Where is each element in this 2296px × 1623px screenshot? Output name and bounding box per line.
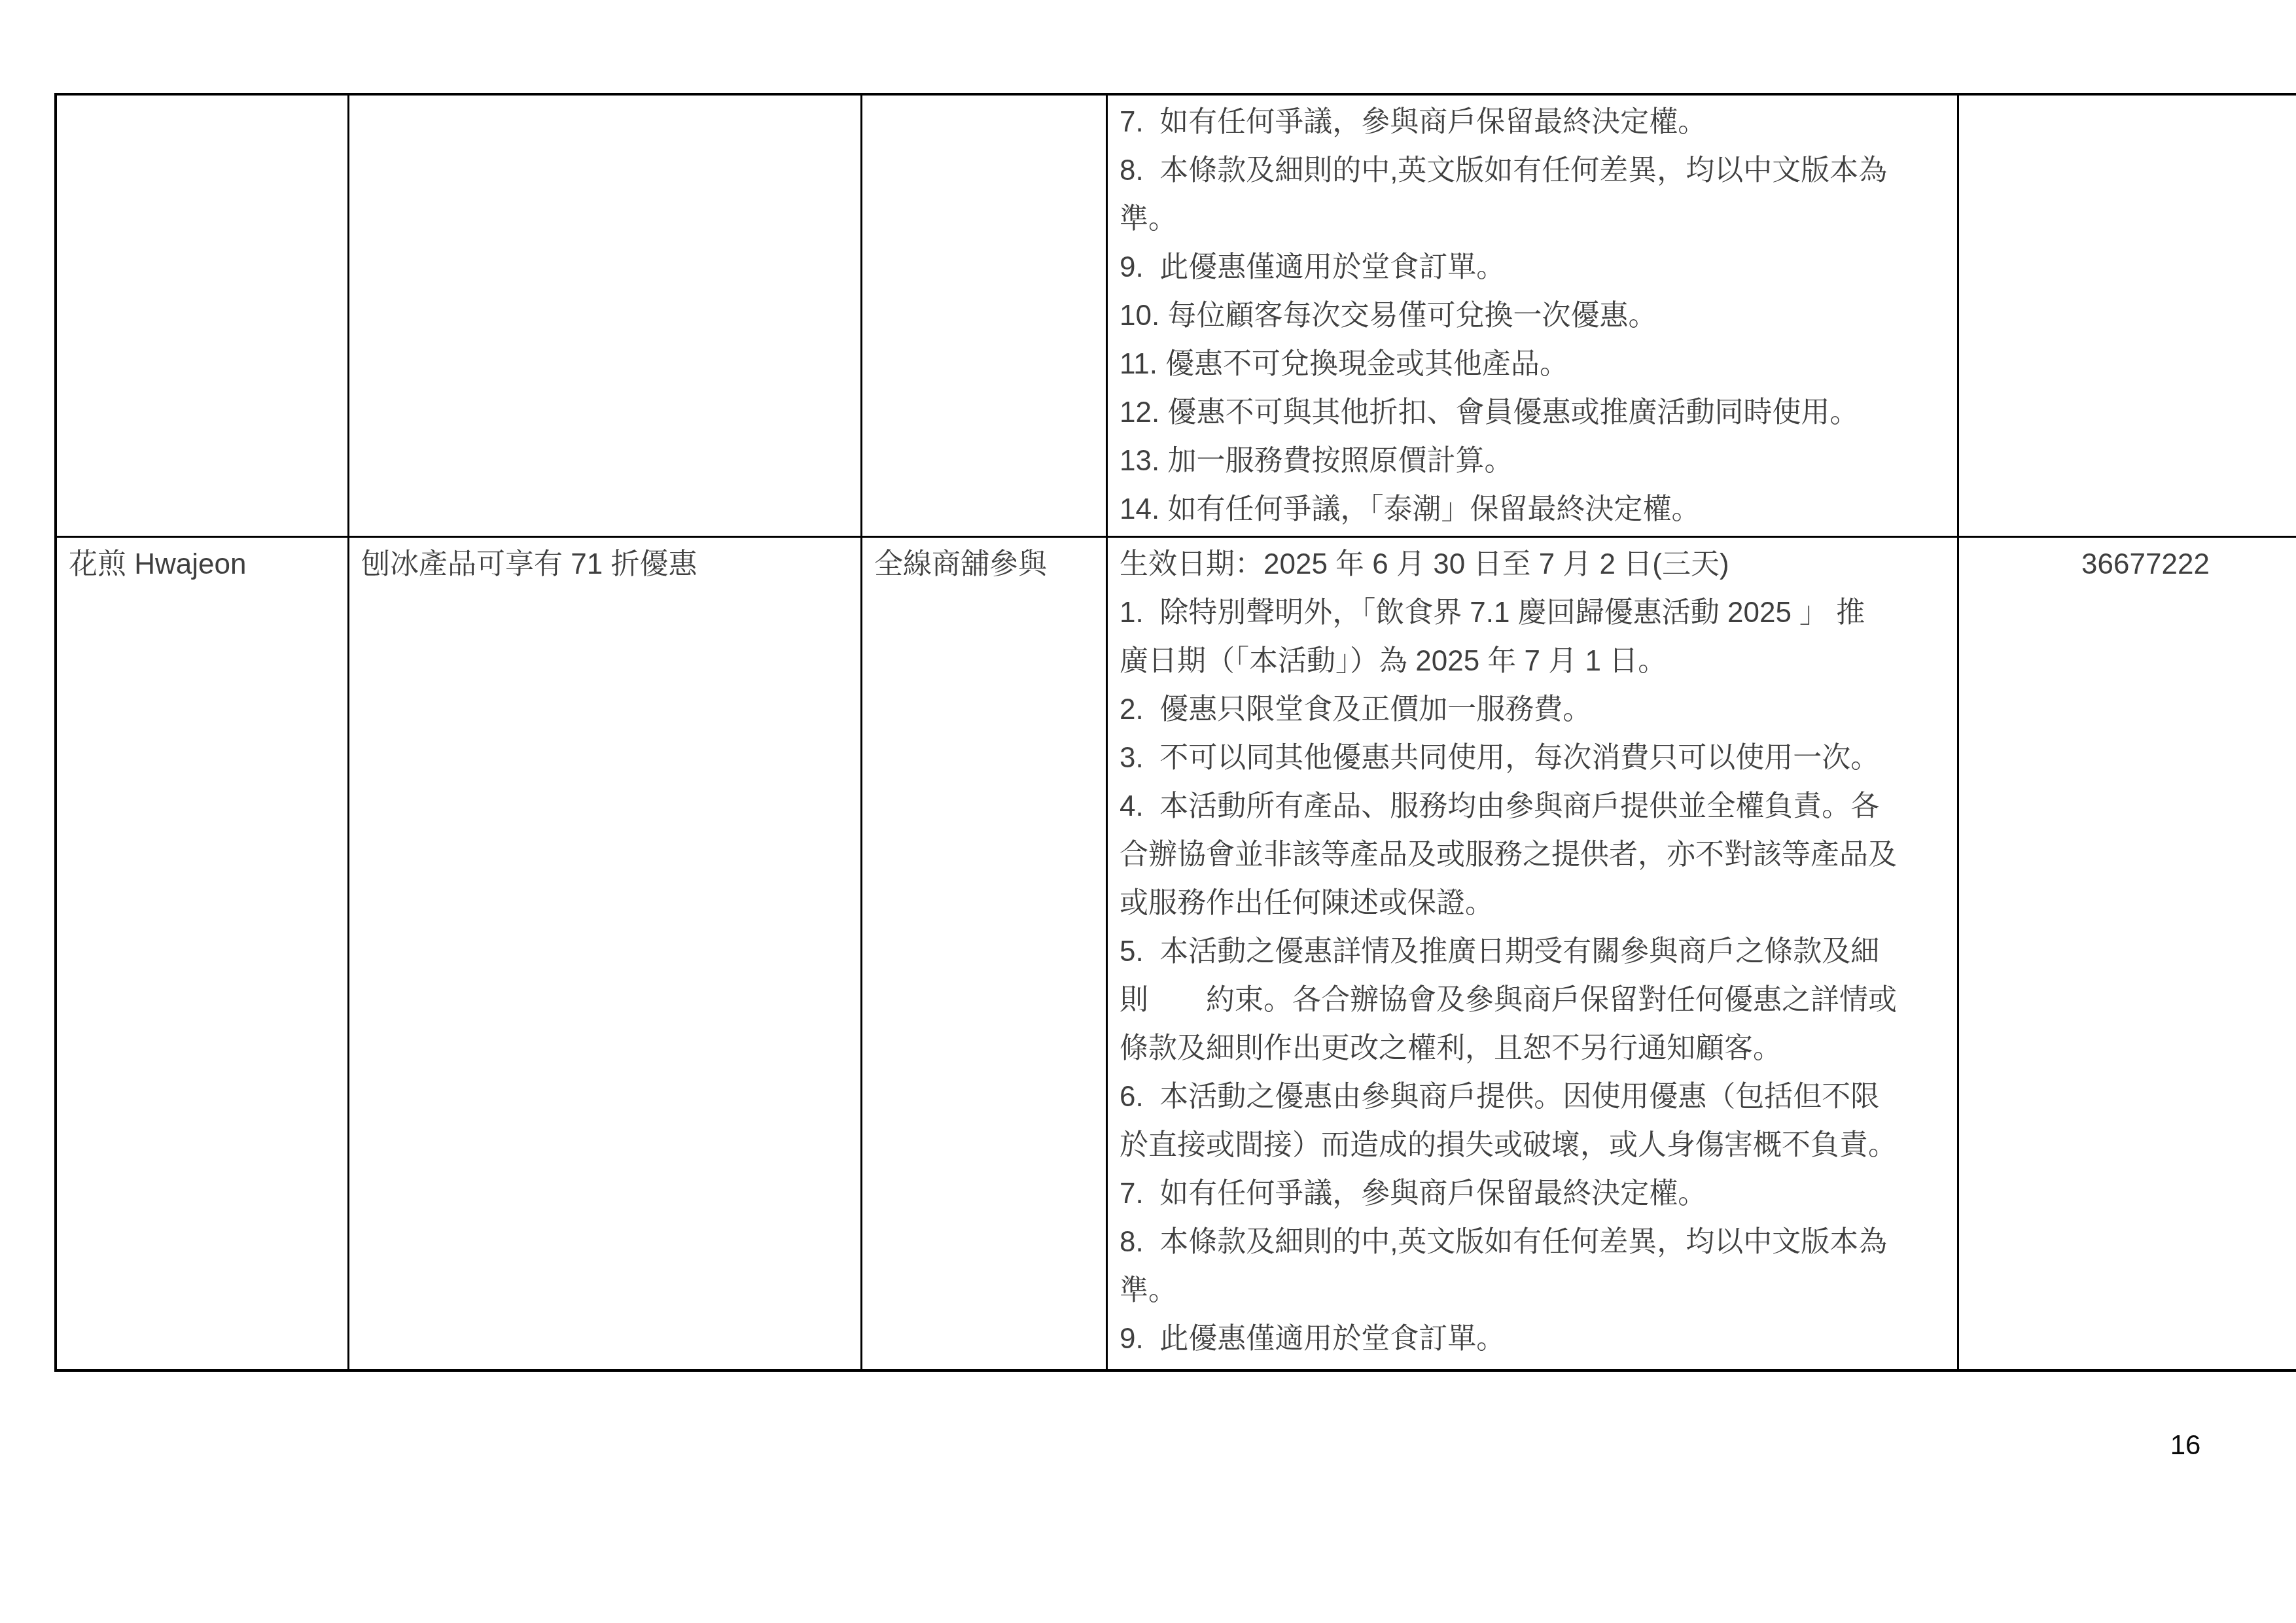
participation-cell [862, 94, 1107, 536]
terms-line: 12. 優惠不可與其他折扣、會員優惠或推廣活動同時使用。 [1120, 389, 1949, 437]
terms-line: 4. 本活動所有產品、服務均由參與商戶提供並全權負責。各 [1120, 782, 1949, 831]
phone-cell: 36677222 [1958, 536, 2296, 1370]
terms-line: 於直接或間接）而造成的損失或破壞，或人身傷害概不負責。 [1120, 1121, 1949, 1170]
terms-line: 14. 如有任何爭議，「泰潮」保留最終決定權。 [1120, 485, 1949, 534]
terms-line: 8. 本條款及細則的中,英文版如有任何差異，均以中文版本為 [1120, 147, 1949, 195]
terms-line: 6. 本活動之優惠由參與商戶提供。因使用優惠（包括但不限 [1120, 1073, 1949, 1121]
terms-line: 生效日期：2025 年 6 月 30 日至 7 月 2 日(三天) [1120, 540, 1949, 589]
phone-cell [1958, 94, 2296, 536]
merchant-cell [56, 94, 349, 536]
terms-cell: 生效日期：2025 年 6 月 30 日至 7 月 2 日(三天)1. 除特別聲… [1107, 536, 1958, 1370]
terms-line: 7. 如有任何爭議，參與商戶保留最終決定權。 [1120, 1170, 1949, 1218]
terms-line: 5. 本活動之優惠詳情及推廣日期受有關參與商戶之條款及細 [1120, 928, 1949, 976]
terms-line: 廣日期（「本活動」）為 2025 年 7 月 1 日。 [1120, 637, 1949, 686]
terms-line: 11. 優惠不可兌換現金或其他產品。 [1120, 340, 1949, 389]
offer-cell [349, 94, 862, 536]
terms-line: 合辦協會並非該等產品及或服務之提供者，亦不對該等產品及 [1120, 831, 1949, 879]
table-row: 7. 如有任何爭議，參與商戶保留最終決定權。8. 本條款及細則的中,英文版如有任… [56, 94, 2296, 536]
page-number: 16 [2146, 1421, 2225, 1469]
terms-line: 或服務作出任何陳述或保證。 [1120, 879, 1949, 928]
merchant-cell: 花煎 Hwajeon [56, 536, 349, 1370]
terms-line: 8. 本條款及細則的中,英文版如有任何差異，均以中文版本為 [1120, 1218, 1949, 1266]
participation-cell: 全線商舖參與 [862, 536, 1107, 1370]
terms-line: 9. 此優惠僅適用於堂食訂單。 [1120, 243, 1949, 292]
terms-line: 7. 如有任何爭議，參與商戶保留最終決定權。 [1120, 98, 1949, 147]
table-row: 花煎 Hwajeon 刨冰產品可享有 71 折優惠 全線商舖參與 生效日期：20… [56, 536, 2296, 1370]
terms-line: 條款及細則作出更改之權利，且恕不另行通知顧客。 [1120, 1024, 1949, 1073]
terms-cell: 7. 如有任何爭議，參與商戶保留最終決定權。8. 本條款及細則的中,英文版如有任… [1107, 94, 1958, 536]
terms-line: 準。 [1120, 195, 1949, 243]
terms-line: 1. 除特別聲明外，「飲食界 7.1 慶回歸優惠活動 2025 」 推 [1120, 589, 1949, 637]
offers-table: 7. 如有任何爭議，參與商戶保留最終決定權。8. 本條款及細則的中,英文版如有任… [54, 93, 2296, 1372]
terms-line: 2. 優惠只限堂食及正價加一服務費。 [1120, 686, 1949, 734]
terms-line: 10. 每位顧客每次交易僅可兌換一次優惠。 [1120, 292, 1949, 340]
terms-line: 則 約束。各合辦協會及參與商戶保留對任何優惠之詳情或 [1120, 976, 1949, 1024]
terms-line: 3. 不可以同其他優惠共同使用，每次消費只可以使用一次。 [1120, 734, 1949, 782]
terms-line: 9. 此優惠僅適用於堂食訂單。 [1120, 1315, 1949, 1363]
offer-cell: 刨冰產品可享有 71 折優惠 [349, 536, 862, 1370]
terms-line: 13. 加一服務費按照原價計算。 [1120, 437, 1949, 485]
terms-line: 準。 [1120, 1266, 1949, 1315]
document-page: 7. 如有任何爭議，參與商戶保留最終決定權。8. 本條款及細則的中,英文版如有任… [0, 0, 2296, 1623]
